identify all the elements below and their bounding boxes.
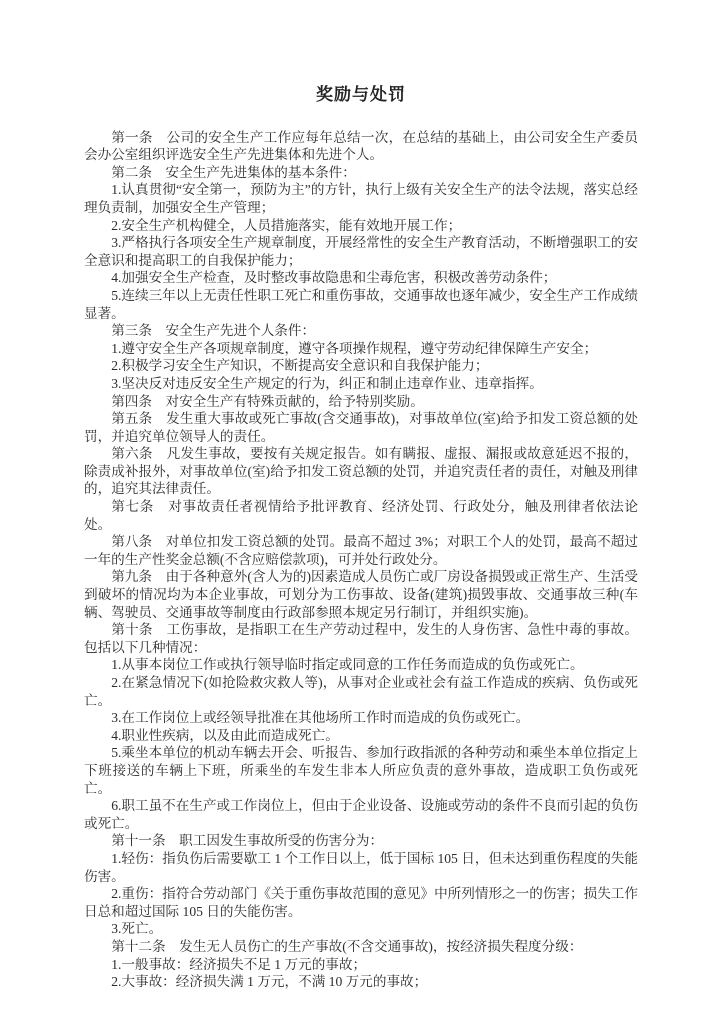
paragraph-article-3-item-2: 2.积极学习安全生产知识，不断提高安全意识和自我保护能力； (84, 357, 638, 375)
paragraph-article-10-item-2: 2.在紧急情况下(如抢险救灾救人等)，从事对企业或社会有益工作造成的疾病、负伤或… (84, 674, 638, 709)
document-content: 奖励与处罚 第一条 公司的安全生产工作应每年总结一次，在总结的基础上，由公司安全… (84, 86, 638, 991)
paragraph-article-11-item-1: 1.轻伤：指负伤后需要歇工 1 个工作日以上，低于国标 105 日，但未达到重伤… (84, 850, 638, 885)
paragraph-article-12-item-2: 2.大事故：经济损失满 1 万元，不满 10 万元的事故； (84, 973, 638, 991)
document-title: 奖励与处罚 (84, 86, 638, 104)
paragraph-article-12-item-1: 1.一般事故：经济损失不足 1 万元的事故； (84, 956, 638, 974)
paragraph-article-11-item-2: 2.重伤：指符合劳动部门《关于重伤事故范围的意见》中所列情形之一的伤害；损失工作… (84, 885, 638, 920)
document-page: 奖励与处罚 第一条 公司的安全生产工作应每年总结一次，在总结的基础上，由公司安全… (0, 0, 720, 1017)
paragraph-article-1: 第一条 公司的安全生产工作应每年总结一次，在总结的基础上，由公司安全生产委员会办… (84, 129, 638, 164)
document-body: 第一条 公司的安全生产工作应每年总结一次，在总结的基础上，由公司安全生产委员会办… (84, 129, 638, 991)
paragraph-article-10-item-3: 3.在工作岗位上或经领导批准在其他场所工作时而造成的负伤或死亡。 (84, 709, 638, 727)
paragraph-article-11: 第十一条 职工因发生事故所受的伤害分为： (84, 832, 638, 850)
paragraph-article-2: 第二条 安全生产先进集体的基本条件： (84, 164, 638, 182)
paragraph-article-10-item-5: 5.乘坐本单位的机动车辆去开会、听报告、参加行政指派的各种劳动和乘坐本单位指定上… (84, 744, 638, 797)
paragraph-article-3-item-1: 1.遵守安全生产各项规章制度，遵守各项操作规程，遵守劳动纪律保障生产安全； (84, 340, 638, 358)
paragraph-article-2-item-2: 2.安全生产机构健全，人员措施落实，能有效地开展工作； (84, 217, 638, 235)
paragraph-article-4: 第四条 对安全生产有特殊贡献的，给予特别奖励。 (84, 393, 638, 411)
paragraph-article-2-item-5: 5.连续三年以上无责任性职工死亡和重伤事故，交通事故也逐年减少，安全生产工作成绩… (84, 287, 638, 322)
paragraph-article-3: 第三条 安全生产先进个人条件： (84, 322, 638, 340)
paragraph-article-2-item-4: 4.加强安全生产检查，及时整改事故隐患和尘毒危害，积极改善劳动条件； (84, 269, 638, 287)
paragraph-article-3-item-3: 3.坚决反对违反安全生产规定的行为，纠正和制止违章作业、违章指挥。 (84, 375, 638, 393)
paragraph-article-10-item-6: 6.职工虽不在生产或工作岗位上，但由于企业设备、设施或劳动的条件不良而引起的负伤… (84, 797, 638, 832)
paragraph-article-6: 第六条 凡发生事故，要按有关规定报告。如有瞒报、虚报、漏报或故意延迟不报的，除责… (84, 445, 638, 498)
paragraph-article-2-item-1: 1.认真贯彻“安全第一，预防为主”的方针，执行上级有关安全生产的法令法规，落实总… (84, 181, 638, 216)
paragraph-article-10-item-4: 4.职业性疾病，以及由此而造成死亡。 (84, 727, 638, 745)
paragraph-article-10: 第十条 工伤事故，是指职工在生产劳动过程中，发生的人身伤害、急性中毒的事故。包括… (84, 621, 638, 656)
paragraph-article-2-item-3: 3.严格执行各项安全生产规章制度，开展经常性的安全生产教育活动，不断增强职工的安… (84, 234, 638, 269)
paragraph-article-7: 第七条 对事故责任者视情给予批评教育、经济处罚、行政处分，触及刑律者依法论处。 (84, 498, 638, 533)
paragraph-article-10-item-1: 1.从事本岗位工作或执行领导临时指定或同意的工作任务而造成的负伤或死亡。 (84, 656, 638, 674)
paragraph-article-5: 第五条 发生重大事故或死亡事故(含交通事故)，对事故单位(室)给予扣发工资总额的… (84, 410, 638, 445)
paragraph-article-8: 第八条 对单位扣发工资总额的处罚。最高不超过 3%；对职工个人的处罚，最高不超过… (84, 533, 638, 568)
paragraph-article-12: 第十二条 发生无人员伤亡的生产事故(不含交通事故)，按经济损失程度分级： (84, 938, 638, 956)
paragraph-article-11-item-3: 3.死亡。 (84, 920, 638, 938)
paragraph-article-9: 第九条 由于各种意外(含人为的)因素造成人员伤亡或厂房设备损毁或正常生产、生活受… (84, 568, 638, 621)
